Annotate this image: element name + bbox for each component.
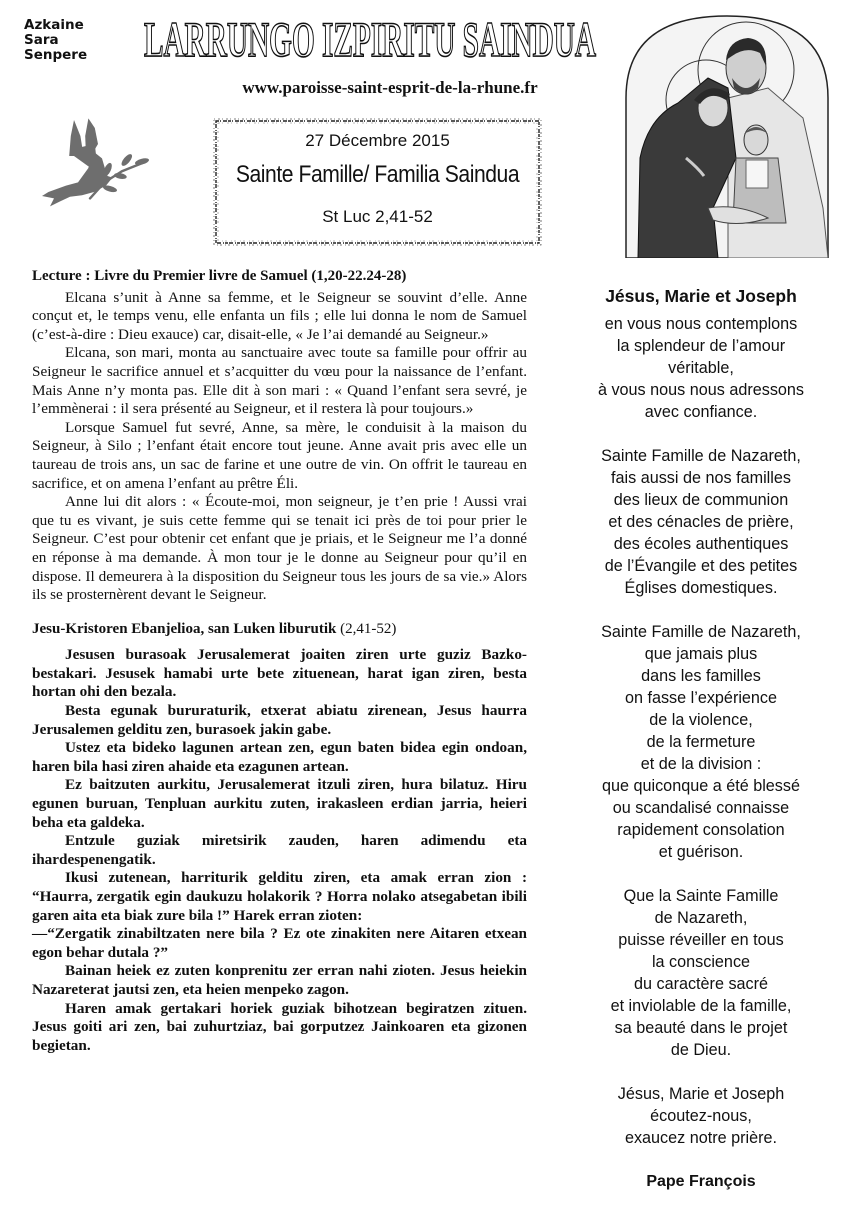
prayer-line: ou scandalisé connaisse — [566, 797, 836, 819]
parish-name: Senpere — [24, 48, 87, 63]
gospel-paragraph: Bainan heiek ez zuten konprenitu zer err… — [32, 962, 527, 999]
prayer-line: puisse réveiller en tous — [566, 929, 836, 951]
reading-paragraph: Lorsque Samuel fut sevré, Anne, sa mère,… — [32, 419, 527, 493]
gospel-paragraph: Besta egunak bururaturik, etxerat abiatu… — [32, 702, 527, 739]
reading-paragraph: Elcana s’unit à Anne sa femme, et le Sei… — [32, 289, 527, 345]
prayer-stanza: Jésus, Marie et Joseph écoutez-nous, exa… — [566, 1083, 836, 1149]
gospel-paragraph: Entzule guziak miretsirik zauden, haren … — [32, 832, 527, 869]
prayer-stanza: Que la Sainte Famille de Nazareth, puiss… — [566, 885, 836, 1061]
prayer-line: et guérison. — [566, 841, 836, 863]
website-link[interactable]: www.paroisse-saint-esprit-de-la-rhune.fr — [200, 78, 580, 98]
prayer-line: et inviolable de la famille, — [566, 995, 836, 1017]
prayer-line: en vous nous contemplons — [566, 313, 836, 335]
gospel-paragraph: Jesusen burasoak Jerusalemerat joaiten z… — [32, 646, 527, 702]
reading-title: Lecture : Livre du Premier livre de Samu… — [32, 267, 527, 286]
prayer-column: Jésus, Marie et Joseph en vous nous cont… — [566, 285, 836, 1193]
banner-title-text: LARRUNGO IZPIRITU SAINDUA — [144, 11, 596, 66]
prayer-signature: Pape François — [566, 1171, 836, 1193]
prayer-line: de la violence, — [566, 709, 836, 731]
prayer-line: sa beauté dans le projet — [566, 1017, 836, 1039]
parish-name: Sara — [24, 33, 87, 48]
gospel-reference: St Luc 2,41-52 — [212, 207, 543, 227]
reading-paragraph: Elcana, son mari, monta au sanctuaire av… — [32, 344, 527, 418]
gospel-paragraph: Haren amak gertakari horiek guziak bihot… — [32, 1000, 527, 1056]
date-box: 27 Décembre 2015 Sainte Famille/ Familia… — [212, 117, 543, 247]
reading-paragraph: Anne lui dit alors : « Écoute-moi, mon s… — [32, 493, 527, 605]
prayer-line: on fasse l’expérience — [566, 687, 836, 709]
prayer-line: que jamais plus — [566, 643, 836, 665]
prayer-line: que quiconque a été blessé — [566, 775, 836, 797]
parish-names: Azkaine Sara Senpere — [24, 18, 87, 63]
prayer-line: dans les familles — [566, 665, 836, 687]
prayer-line: la conscience — [566, 951, 836, 973]
prayer-stanza: Sainte Famille de Nazareth, que jamais p… — [566, 621, 836, 863]
prayer-line: avec confiance. — [566, 401, 836, 423]
gospel-title-reference: (2,41-52) — [336, 621, 396, 637]
prayer-line: et des cénacles de prière, — [566, 511, 836, 533]
dove-with-olive-branch-icon — [18, 112, 178, 232]
parish-name: Azkaine — [24, 18, 87, 33]
gospel-text: Jesusen burasoak Jerusalemerat joaiten z… — [32, 646, 527, 1055]
prayer-title: Jésus, Marie et Joseph — [566, 285, 836, 307]
prayer-line: et de la division : — [566, 753, 836, 775]
prayer-stanza: Sainte Famille de Nazareth, fais aussi d… — [566, 445, 836, 599]
prayer-line: à vous nous nous adressons — [566, 379, 836, 401]
gospel-paragraph: Ustez eta bideko lagunen artean zen, egu… — [32, 739, 527, 776]
date-label: 27 Décembre 2015 — [212, 131, 543, 151]
prayer-line: fais aussi de nos familles — [566, 467, 836, 489]
prayer-stanza: en vous nous contemplons la splendeur de… — [566, 313, 836, 423]
prayer-line: Que la Sainte Famille — [566, 885, 836, 907]
feast-title: Sainte Famille/ Familia Saindua — [232, 161, 523, 189]
gospel-paragraph: Ez baitzuten aurkitu, Jerusalemerat itzu… — [32, 776, 527, 832]
prayer-line: de la fermeture — [566, 731, 836, 753]
prayer-line: de Dieu. — [566, 1039, 836, 1061]
prayer-line: exaucez notre prière. — [566, 1127, 836, 1149]
prayer-line: de Nazareth, — [566, 907, 836, 929]
prayer-line: Sainte Famille de Nazareth, — [566, 621, 836, 643]
prayer-line: de l’Évangile et des petites — [566, 555, 836, 577]
prayer-line: Sainte Famille de Nazareth, — [566, 445, 836, 467]
readings-column: Lecture : Livre du Premier livre de Samu… — [32, 267, 527, 1055]
gospel-paragraph: Ikusi zutenean, harriturik gelditu ziren… — [32, 869, 527, 925]
prayer-line: écoutez-nous, — [566, 1105, 836, 1127]
prayer-line: la splendeur de l’amour — [566, 335, 836, 357]
prayer-line: rapidement consolation — [566, 819, 836, 841]
prayer-line: véritable, — [566, 357, 836, 379]
gospel-paragraph: —“Zergatik zinabiltzaten nere bila ? Ez … — [32, 925, 527, 962]
banner-title: LARRUNGO IZPIRITU SAINDUA — [140, 10, 600, 66]
prayer-line: du caractère sacré — [566, 973, 836, 995]
prayer-line: des écoles authentiques — [566, 533, 836, 555]
prayer-line: Églises domestiques. — [566, 577, 836, 599]
holy-family-icon-image — [618, 8, 836, 258]
prayer-line: des lieux de communion — [566, 489, 836, 511]
prayer-line: Jésus, Marie et Joseph — [566, 1083, 836, 1105]
gospel-title: Jesu-Kristoren Ebanjelioa, san Luken lib… — [32, 620, 527, 639]
gospel-title-text: Jesu-Kristoren Ebanjelioa, san Luken lib… — [32, 621, 336, 637]
